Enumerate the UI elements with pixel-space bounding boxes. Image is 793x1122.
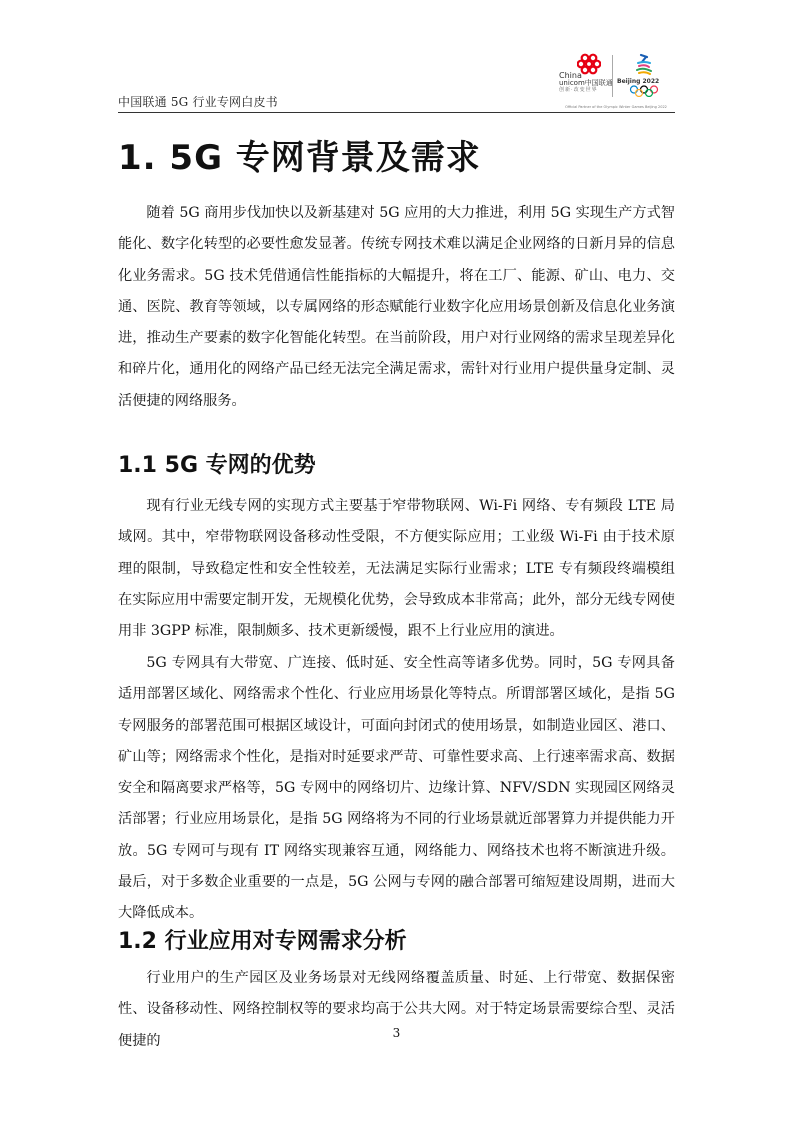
logo-block: China unicom中国联通 创新·改变世界 Beijing 2022	[557, 53, 675, 115]
chapter-intro-paragraph: 随着 5G 商用步伐加快以及新基建对 5G 应用的大力推进，利用 5G 实现生产…	[118, 198, 675, 417]
section-title-1-1: 1.1 5G 专网的优势	[118, 448, 316, 479]
section-1-1-paragraph-1: 现有行业无线专网的实现方式主要基于窄带物联网、Wi-Fi 网络、专有频段 LTE…	[118, 491, 675, 647]
unicom-text-unicom: unicom中国联通	[559, 80, 613, 87]
chapter-title: 1. 5G 专网背景及需求	[118, 130, 481, 179]
beijing-2022-logo: Beijing 2022	[615, 53, 675, 101]
page-number: 3	[0, 1026, 793, 1040]
china-unicom-logo: China unicom中国联通 创新·改变世界	[557, 53, 609, 98]
header-rule	[118, 112, 675, 113]
beijing-2022-wordmark: Beijing 2022	[617, 78, 659, 85]
section-1-1-paragraph-2: 5G 专网具有大带宽、广连接、低时延、安全性高等诸多优势。同时，5G 专网具备适…	[118, 648, 675, 930]
section-1-2-paragraph-1: 行业用户的生产园区及业务场景对无线网络覆盖质量、时延、上行带宽、数据保密性、设备…	[118, 963, 675, 1057]
beijing-2022-emblem-icon	[633, 53, 655, 75]
olympic-rings-icon	[629, 85, 659, 97]
section-title-1-2: 1.2 行业应用对专网需求分析	[118, 924, 407, 955]
header-title: 中国联通 5G 行业专网白皮书	[118, 93, 278, 110]
logo-divider	[612, 55, 613, 97]
page-header: 中国联通 5G 行业专网白皮书 China unicom中国联通 创新·改变世界	[118, 45, 675, 113]
partner-line: Official Partner of the Olympic Winter G…	[557, 105, 675, 109]
unicom-slogan: 创新·改变世界	[559, 88, 598, 93]
